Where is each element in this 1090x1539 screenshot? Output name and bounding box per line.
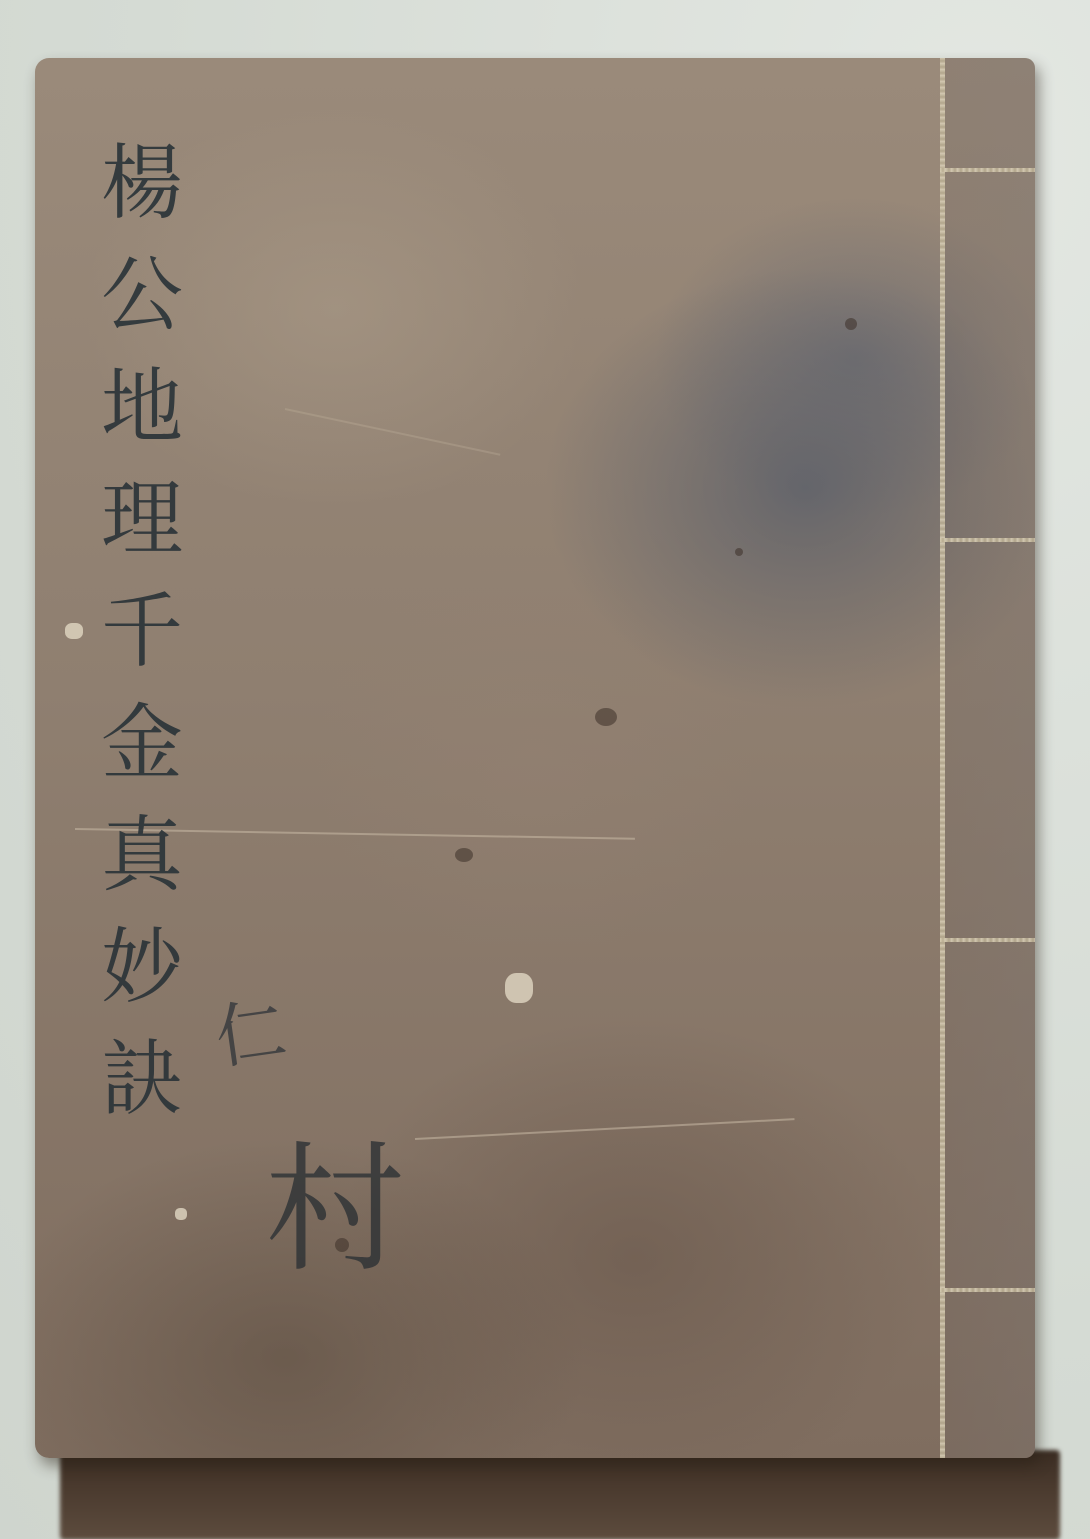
stain-spot [735,548,743,556]
worn-patch [175,1208,187,1220]
binding-thread [940,58,945,1458]
binding-stitch [940,938,1035,942]
title-char: 妙 [101,912,183,1024]
title-char: 千 [101,576,183,688]
stain-spot [595,708,617,726]
title-char: 真 [101,800,183,912]
title-char: 楊 [101,128,183,240]
book-title: 楊 公 地 理 千 金 真 妙 訣 [87,128,197,1136]
title-char: 公 [101,240,183,352]
book-shadow [60,1450,1060,1539]
handwritten-annotation: 村 [265,1098,413,1299]
stain-spot [845,318,857,330]
cover-crack [285,408,501,456]
binding-stitch [940,538,1035,542]
book-cover: 楊 公 地 理 千 金 真 妙 訣 仁 村 [35,58,1035,1458]
cover-crack [415,1118,795,1140]
title-char: 訣 [101,1024,183,1136]
binding-stitch [940,1288,1035,1292]
title-char: 理 [101,464,183,576]
title-char: 金 [101,688,183,800]
worn-patch [505,973,533,1003]
binding-stitch [940,168,1035,172]
book-spine [940,58,1035,1458]
worn-patch [65,623,83,639]
stain-spot [455,848,473,862]
title-char: 地 [101,352,183,464]
handwritten-annotation: 仁 [208,974,291,1084]
